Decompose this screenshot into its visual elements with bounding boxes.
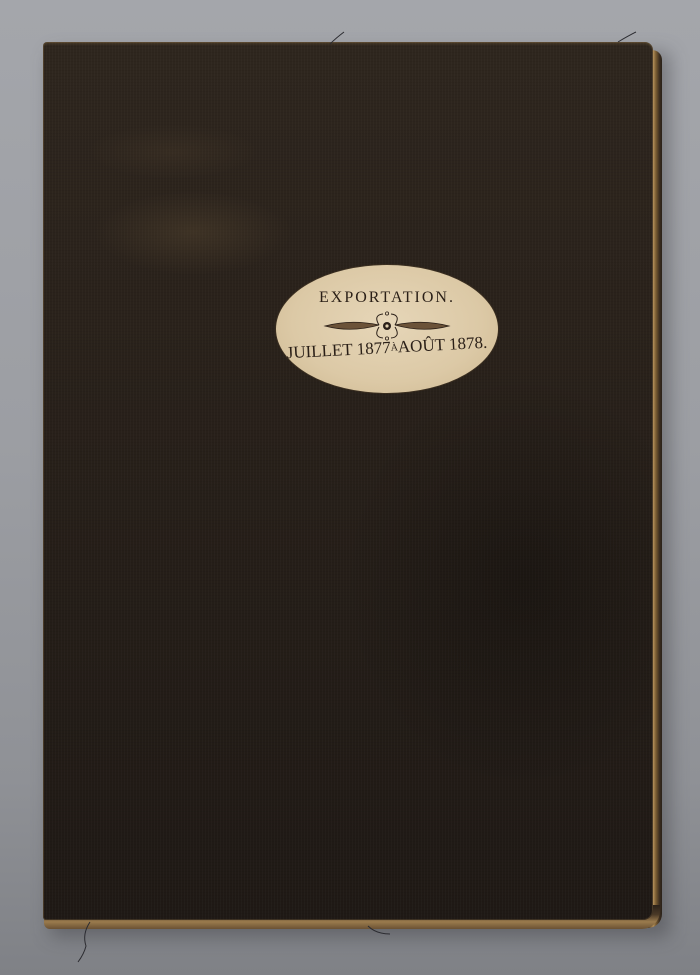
- cover-label: EXPORTATION. JUILLET 1877ÀAOÛT 1878.: [276, 265, 498, 393]
- photo-scene: EXPORTATION. JUILLET 1877ÀAOÛT 1878.: [0, 0, 700, 975]
- label-date-end: AOÛT 1878.: [397, 333, 487, 357]
- label-date-start: JUILLET 1877: [286, 338, 391, 362]
- loose-thread-bottom: [366, 924, 392, 936]
- loose-thread-top-right: [616, 30, 640, 46]
- book-cover: EXPORTATION. JUILLET 1877ÀAOÛT 1878.: [43, 42, 653, 920]
- loose-thread-top: [328, 30, 348, 46]
- loose-thread-bottom-left: [76, 920, 92, 964]
- label-title: EXPORTATION.: [276, 289, 498, 307]
- label-dates: JUILLET 1877ÀAOÛT 1878.: [282, 333, 493, 364]
